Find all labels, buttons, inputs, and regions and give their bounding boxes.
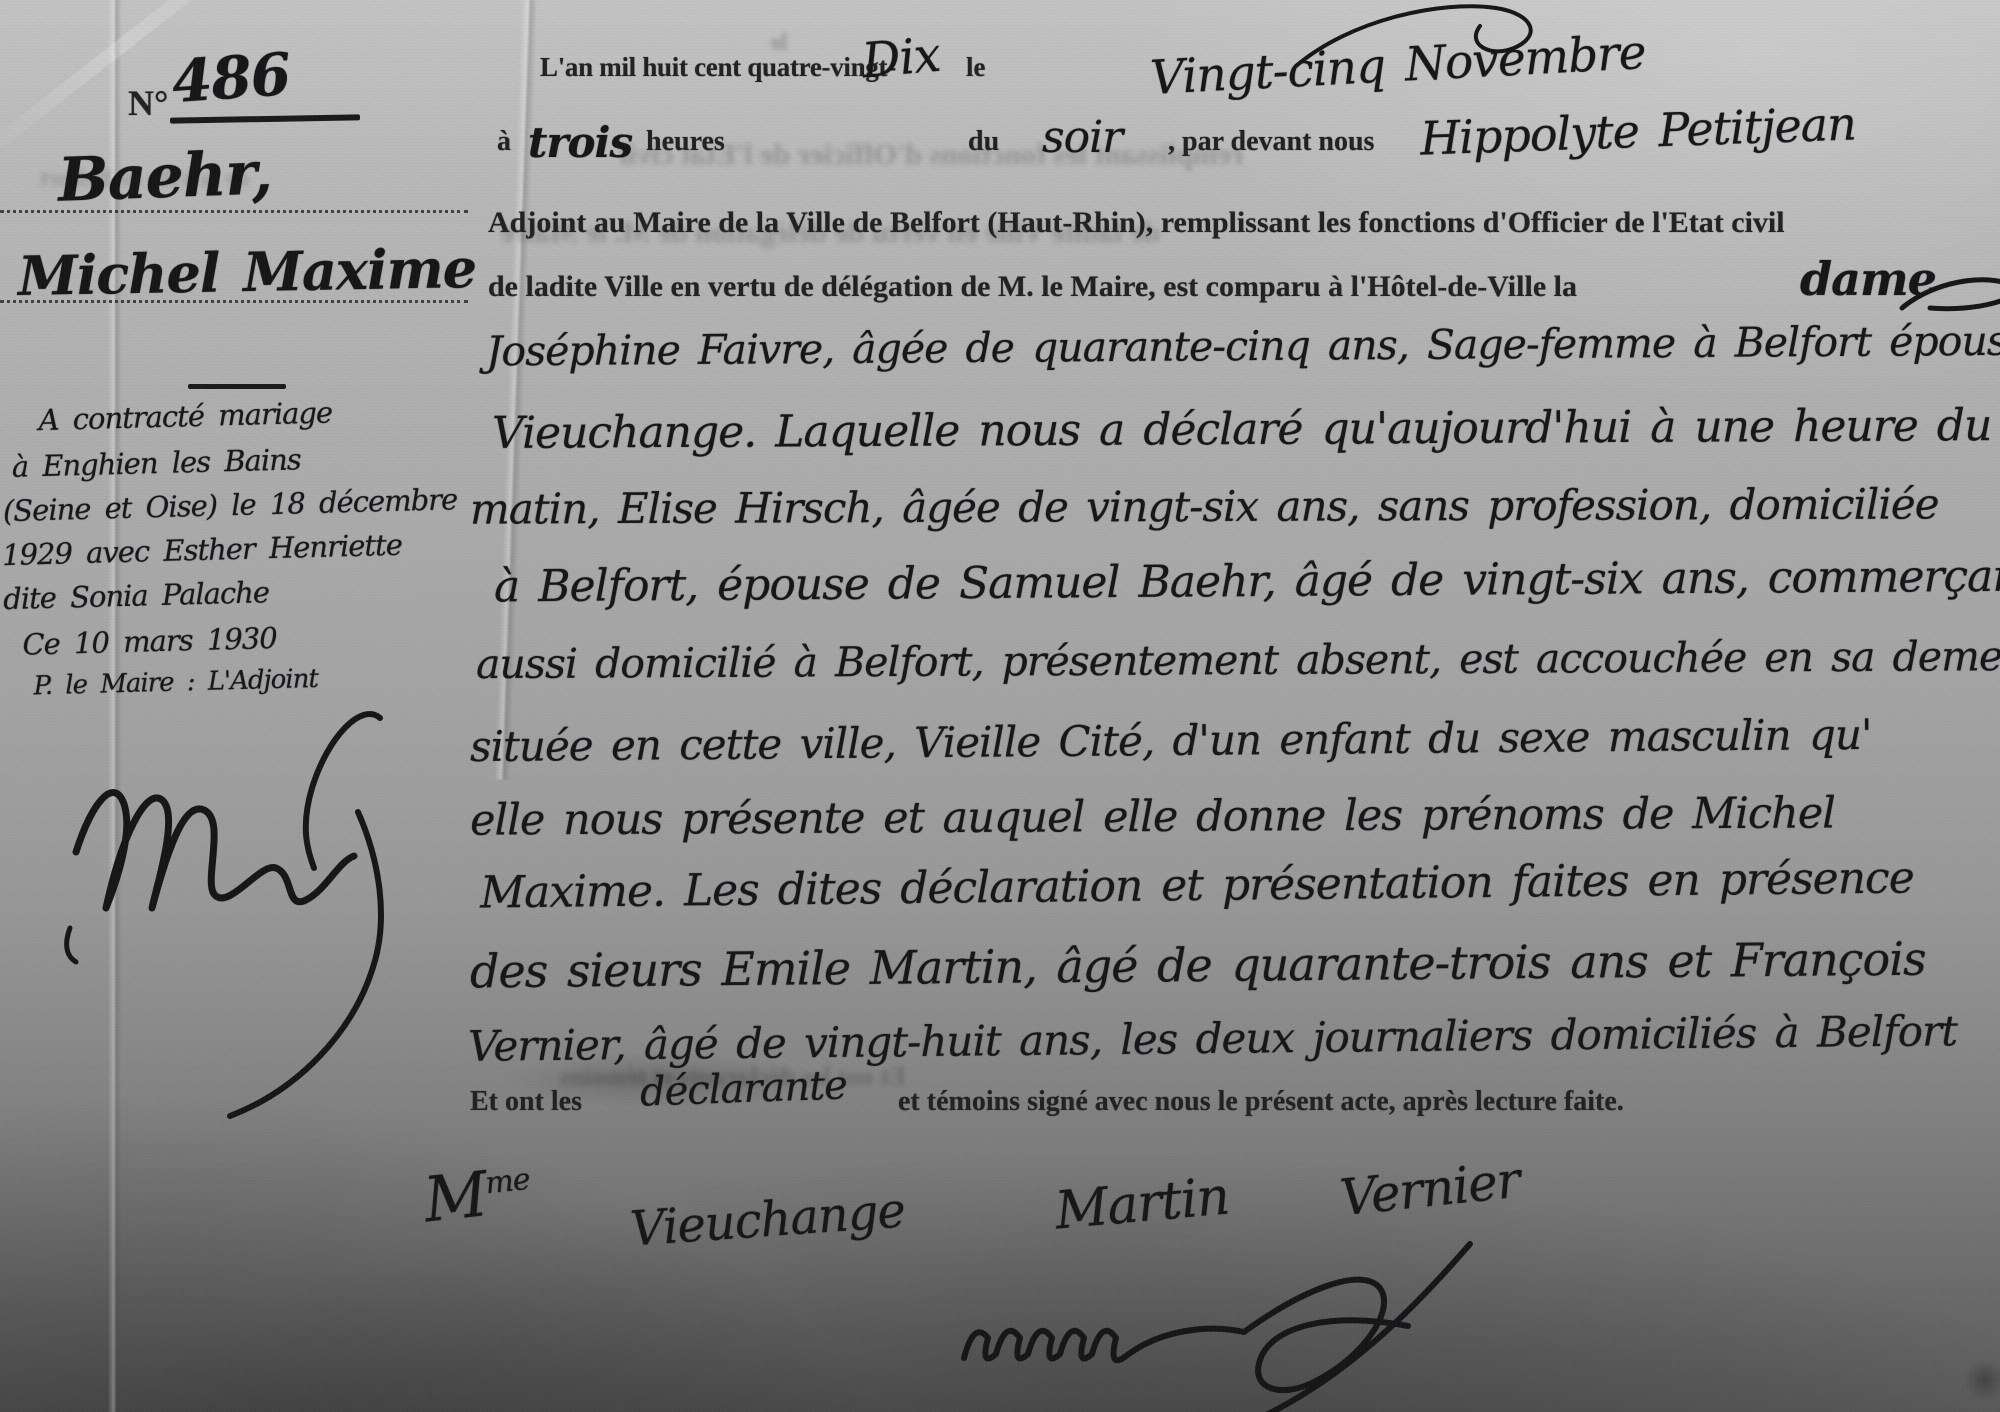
signature-madame-abbrev: Mme — [420, 1153, 534, 1237]
handwritten-hour: trois — [528, 118, 632, 167]
signature-martin: Martin — [1053, 1167, 1232, 1242]
printed-year-prefix: L'an mil huit cent quatre-vingt- — [540, 52, 896, 83]
act-hw-line: Joséphine Faivre, âgée de quarante-cinq … — [486, 317, 2000, 376]
act-hw-line: elle nous présente et auquel elle donne … — [470, 788, 1835, 845]
signature-vernier: Vernier — [1337, 1151, 1522, 1227]
act-hw-line: à Belfort, épouse de Samuel Baehr, âgé d… — [494, 551, 2000, 613]
act-hw-line: matin, Elise Hirsch, âgée de vingt-six a… — [470, 479, 1939, 533]
printed-heures: heures — [646, 126, 725, 158]
act-hw-line: aussi domicilié à Belfort, présentement … — [476, 632, 2000, 688]
printed-par-devant-nous: , par devant nous — [1168, 126, 1374, 158]
date-flourish — [1290, 0, 1570, 68]
dame-flourish — [1900, 272, 2000, 316]
closing-printed-end: et témoins signé avec nous le présent ac… — [898, 1086, 1624, 1118]
closing-printed-start: Et ont les — [470, 1086, 582, 1118]
closing-handwritten-declarante: déclarante — [639, 1062, 847, 1115]
handwritten-moment: soir — [1042, 112, 1122, 163]
madame-m: M — [420, 1157, 490, 1236]
flourish-signature — [950, 1238, 1510, 1412]
printed-line-3: Adjoint au Maire de la Ville de Belfort … — [488, 206, 1785, 240]
madame-sup: me — [484, 1162, 532, 1201]
act-hw-line: des sieurs Emile Martin, âgé de quarante… — [470, 932, 1926, 999]
printed-le: le — [966, 52, 986, 83]
act-hw-line: Maxime. Les dites déclaration et présent… — [480, 852, 1914, 918]
printed-du: du — [968, 126, 999, 158]
printed-a: à — [497, 126, 511, 158]
handwritten-year: Dix — [860, 27, 942, 90]
act-hw-line: Vernier, âgé de vingt-huit ans, les deux… — [468, 1006, 1957, 1071]
act-hw-line: située en cette ville, Vieille Cité, d'u… — [470, 710, 1872, 771]
act-hw-line: Vieuchange. Laquelle nous a déclaré qu'a… — [492, 400, 1992, 459]
signature-vieuchange: Vieuchange — [628, 1182, 906, 1257]
printed-line-4: de ladite Ville en vertu de délégation d… — [488, 270, 1577, 304]
signatures-block: Mme Vieuchange Martin Vernier — [0, 1130, 2000, 1412]
handwritten-officer-name: Hippolyte Petitjean — [1419, 96, 1856, 165]
birth-certificate-scan: remplissant les fonctions d'Officier de … — [0, 0, 2000, 1412]
